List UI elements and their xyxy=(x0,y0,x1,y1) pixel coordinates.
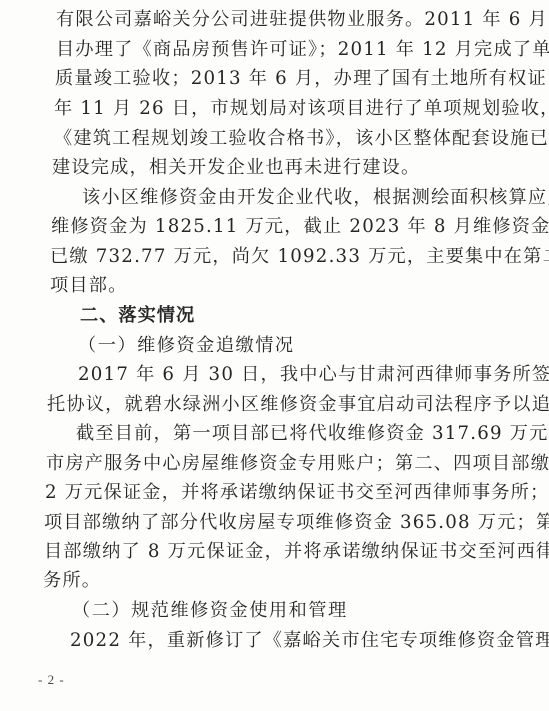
text-line: 该小区维修资金由开发企业代收，根据测绘面积核算应归集 xyxy=(82,187,549,209)
text-line: 2022 年，重新修订了《嘉峪关市住宅专项维修资金管理办 xyxy=(70,630,549,652)
text-line: 截至目前，第一项目部已将代收维修资金 317.69 万元交至 xyxy=(76,423,549,445)
subsection-heading: （二）规范维修资金使用和管理 xyxy=(72,600,348,622)
text-line: 2 万元保证金，并将承诺缴纳保证书交至河西律师事务所；第三 xyxy=(45,482,549,504)
text-line: 《建筑工程规划竣工验收合格书》，该小区整体配套设施已基本 xyxy=(54,128,549,150)
text-line: 有限公司嘉峪关分公司进驻提供物业服务。2011 年 6 月，该项 xyxy=(56,9,549,31)
document-page: 有限公司嘉峪关分公司进驻提供物业服务。2011 年 6 月，该项 目办理了《商品… xyxy=(0,0,549,711)
text-line: 市房产服务中心房屋维修资金专用账户；第二、四项目部缴纳了 xyxy=(46,453,549,475)
text-line: 目部缴纳了 8 万元保证金，并将承诺缴纳保证书交至河西律师事 xyxy=(44,541,549,563)
subsection-heading: （一）维修资金追缴情况 xyxy=(78,335,295,357)
text-line: 质量竣工验收；2013 年 6 月，办理了国有土地所有权证；2015 xyxy=(55,68,549,90)
text-line: 项目部。 xyxy=(50,275,128,297)
text-line: 目办理了《商品房预售许可证》；2011 年 12 月完成了单体工程 xyxy=(56,39,549,61)
page-number: - 2 - xyxy=(38,672,65,688)
text-line: 维修资金为 1825.11 万元，截止 2023 年 8 月维修资金专项账户 xyxy=(51,216,549,238)
text-line: 项目部缴纳了部分代收房屋专项维修资金 365.08 万元；第五项 xyxy=(44,512,549,534)
text-line: 托协议，就碧水绿洲小区维修资金事宜启动司法程序予以追缴。 xyxy=(47,394,549,416)
text-line: 年 11 月 26 日，市规划局对该项目进行了单项规划验收，出具了 xyxy=(54,98,549,120)
text-line: 已缴 732.77 万元，尚欠 1092.33 万元，主要集中在第二、四、五 xyxy=(50,246,549,268)
section-heading: 二、落实情况 xyxy=(80,305,195,327)
text-line: 建设完成，相关开发企业也再未进行建设。 xyxy=(52,157,420,179)
text-line: 2017 年 6 月 30 日，我中心与甘肃河西律师事务所签订了委 xyxy=(78,364,549,386)
text-line: 务所。 xyxy=(43,570,101,592)
